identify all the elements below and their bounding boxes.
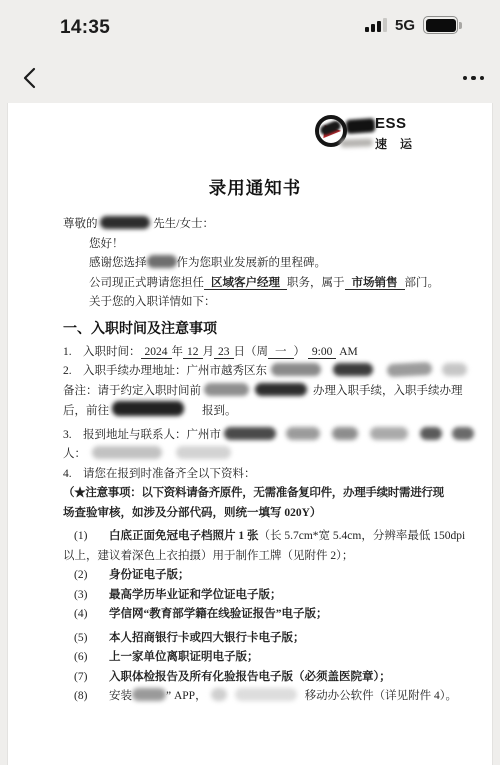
redaction-smudge	[100, 216, 150, 229]
department-blank: 市场销售	[345, 277, 405, 290]
company-logo: ESS 速 运	[313, 113, 425, 155]
list-item: (5)本人招商银行卡或四大银行卡电子版；	[63, 629, 447, 649]
year-blank: 2024	[141, 346, 172, 359]
redaction-smudge	[420, 427, 442, 440]
list-item: (8)安装” APP，移动办公软件（详见附件 4）。	[63, 687, 447, 707]
item-3-line: 3.报到地址与联系人：广州市	[63, 426, 447, 446]
more-menu-button[interactable]	[463, 68, 485, 88]
redaction-smudge	[442, 363, 467, 376]
nav-bar	[0, 50, 500, 103]
chevron-left-icon	[19, 65, 41, 91]
item-2-line: 2.入职手续办理地址：广州市越秀区东	[63, 362, 447, 382]
clock-time: 14:35	[60, 17, 110, 39]
notice-line-2: 场查验审核，如涉及分部代码，则统一填写 020Y）	[63, 504, 447, 524]
item-4-line: 4.请您在报到时准备齐全以下资料：	[63, 465, 447, 485]
list-item-wrap: 以上，建议着深色上衣拍摄）用于制作工牌（见附件 2）；	[63, 547, 447, 567]
document-title: 录用通知书	[63, 175, 447, 200]
redaction-smudge	[112, 401, 184, 416]
offer-letter-document: ESS 速 运 录用通知书 尊敬的 先生/女士： 您好！ 感谢您选择作为您职业发…	[7, 103, 493, 765]
time-blank: 9:00	[308, 346, 336, 359]
note-line-1: 备注：请于约定入职时间前办理入职手续，入职手续办理	[63, 382, 447, 402]
appointment-line: 公司现正式聘请您担任区域客户经理职务，属于市场销售部门。	[63, 274, 447, 294]
redaction-smudge	[176, 446, 231, 459]
redaction-smudge	[132, 688, 166, 701]
section-1-heading: 一、入职时间及注意事项	[63, 319, 447, 341]
back-button[interactable]	[14, 62, 46, 94]
redaction-smudge	[387, 362, 433, 377]
redaction-smudge	[255, 383, 307, 396]
redaction-smudge	[271, 363, 321, 376]
list-item: (4)学信网“教育部学籍在线验证报告”电子版；	[63, 605, 447, 625]
redaction-smudge	[332, 427, 358, 440]
note-line-2: 后，前往报到。	[63, 401, 447, 422]
list-item: (7)入职体检报告及所有化验报告电子版（必须盖医院章）；	[63, 668, 447, 688]
redaction-smudge	[211, 688, 227, 701]
signal-strength-icon	[365, 18, 387, 32]
redaction-smudge	[92, 446, 162, 459]
list-item: (1)白底正面免冠电子档照片 1 张（长 5.7cm*宽 5.4cm，分辨率最低…	[63, 527, 447, 547]
network-type-label: 5G	[395, 17, 415, 34]
redaction-smudge	[224, 427, 276, 440]
greeting-line: 尊敬的 先生/女士：	[63, 215, 447, 235]
hello-line: 您好！	[63, 235, 447, 255]
day-blank: 23	[214, 346, 234, 359]
redaction-smudge	[346, 118, 376, 134]
logo-text-suyun: 速 运	[375, 135, 417, 152]
ellipsis-icon	[463, 76, 468, 81]
redaction-smudge	[235, 688, 297, 701]
details-intro-line: 关于您的入职详情如下：	[63, 293, 447, 313]
notice-line-1: （★注意事项：以下资料请备齐原件，无需准备复印件，办理手续时需进行现	[63, 484, 447, 504]
redaction-smudge	[340, 138, 373, 147]
item-3-line-2: 人：	[63, 445, 447, 465]
weekday-blank: 一	[268, 346, 294, 359]
status-bar: 14:35 5G	[0, 0, 500, 50]
redaction-smudge	[370, 427, 408, 440]
logo-row: ESS 速 运	[63, 110, 447, 153]
redaction-smudge	[286, 427, 320, 440]
redaction-smudge	[333, 363, 373, 376]
redaction-smudge	[204, 383, 249, 396]
logo-text-ess: ESS	[375, 115, 407, 132]
item-1-line: 1.入职时间：2024年12月23日（周一） 9:00 AM	[63, 343, 447, 363]
redaction-smudge	[452, 427, 474, 440]
month-blank: 12	[183, 346, 203, 359]
thanks-line: 感谢您选择作为您职业发展新的里程碑。	[63, 254, 447, 274]
position-blank: 区域客户经理	[204, 277, 287, 290]
list-item: (2)身份证电子版；	[63, 566, 447, 586]
list-item: (3)最高学历毕业证和学位证电子版；	[63, 586, 447, 606]
redaction-smudge	[147, 255, 177, 268]
battery-icon	[423, 16, 458, 34]
list-item: (6)上一家单位离职证明电子版；	[63, 648, 447, 668]
